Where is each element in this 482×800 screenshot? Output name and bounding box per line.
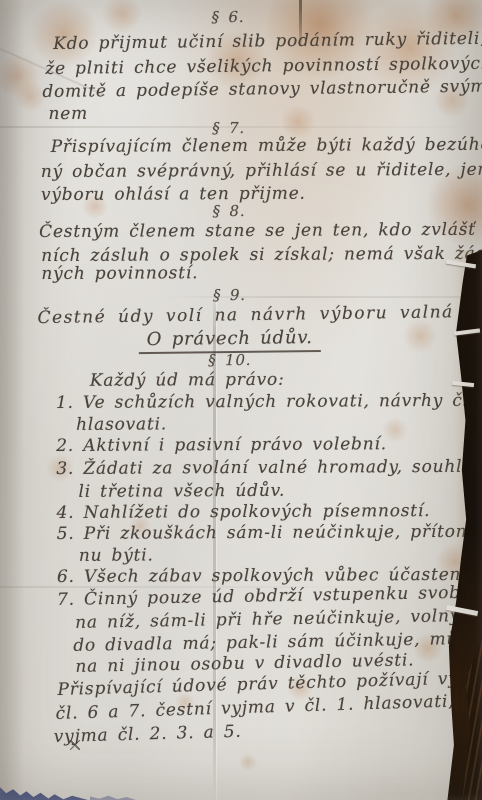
manuscript-line: Čestným členem stane se jen ten, kdo zvl… [39,220,476,242]
list-line: 4. Nahlížeti do spolkových písemností. [57,501,431,523]
manuscript-photo: § 6. Kdo přijmut učiní slib podáním ruky… [0,0,482,800]
manuscript-line: ný občan svéprávný, přihlásí se u řidite… [41,159,482,182]
manuscript-line: Čestné údy volí na návrh výboru valná hr… [37,301,482,328]
manuscript-line: domitě a podepíše stanovy vlastnoručně s… [42,76,482,102]
list-line: 1. Ve schůzích valných rokovati, návrhy … [56,391,482,413]
list-line: na níž, sám-li při hře neúčinkuje, volný… [75,605,482,633]
manuscript-line: Každý úd má právo: [90,370,285,391]
list-line: hlasovati. [76,414,167,434]
list-line: 5. Při zkouškách sám-li neúčinkuje, přít… [57,522,473,544]
section-mark: § 6. [0,7,458,27]
list-line: do divadla má; pak-li sám účinkuje, může [73,629,479,656]
list-line: li třetina všech údův. [78,481,285,502]
manuscript-line: vyjma čl. 2. 3. a 5. [53,722,241,747]
manuscript-line: ních zásluh o spolek si získal; nemá vša… [41,244,482,266]
handwritten-text: § 6. Kdo přijmut učiní slib podáním ruky… [0,0,482,800]
manuscript-line: že plniti chce všelikých povinností spol… [45,53,482,79]
list-line: nu býti. [79,545,154,565]
section-mark: § 8. [0,201,459,221]
manuscript-line: Přispívajícím členem může býti každý bez… [51,135,482,157]
list-line: 2. Aktivní i pasivní právo volební. [56,434,387,456]
list-line: 3. Žádati za svolání valné hromady, souh… [56,457,482,479]
ink-cross-mark [70,740,80,750]
manuscript-line: ných povinností. [41,263,198,284]
manuscript-line: Kdo přijmut učiní slib podáním ruky řidi… [53,29,482,54]
section-mark: § 10. [0,350,460,370]
